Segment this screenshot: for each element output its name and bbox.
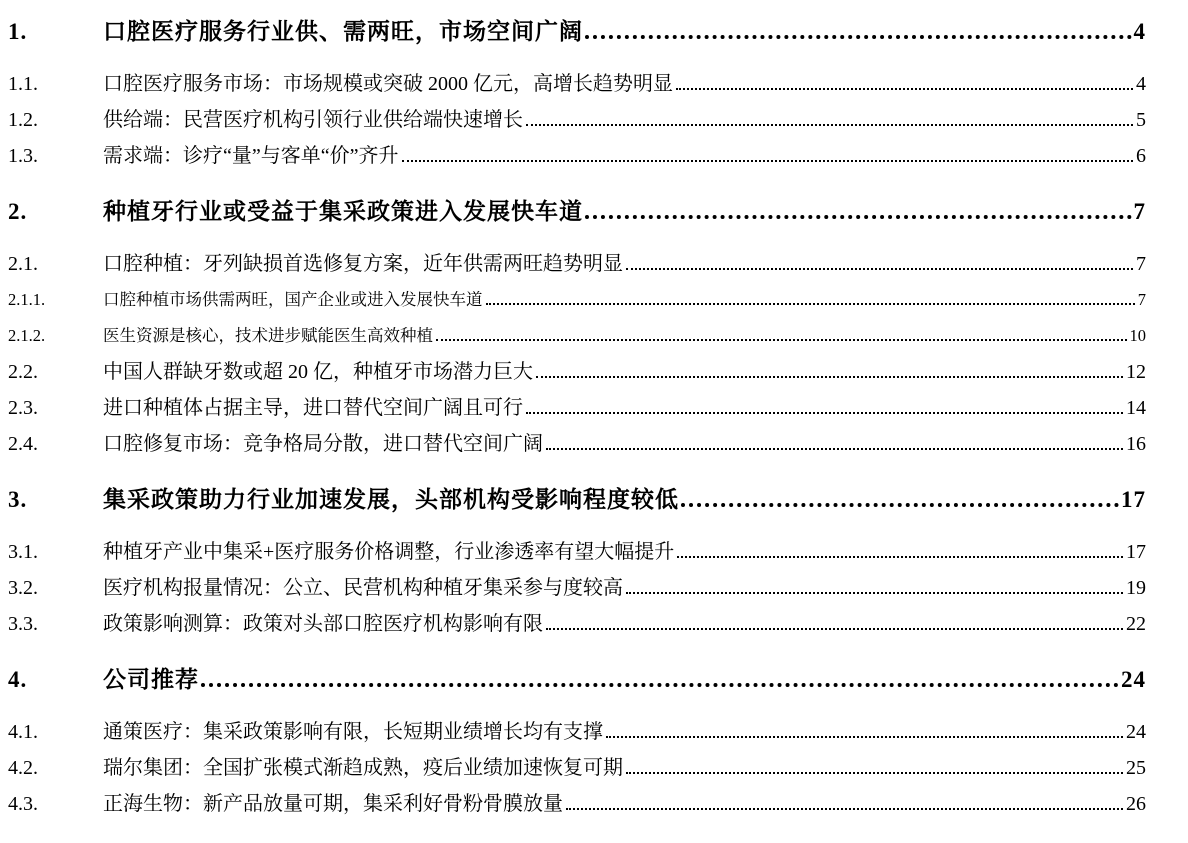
toc-entry-number: 2.1.1.: [8, 282, 103, 318]
toc-entry-number: 4.3.: [8, 786, 103, 822]
toc-entry-title: 医疗机构报量情况：公立、民营机构种植牙集采参与度较高: [103, 570, 623, 606]
toc-entry-number: 2.1.: [8, 246, 103, 282]
toc-entry[interactable]: 2.3. 进口种植体占据主导，进口替代空间广阔且可行 14: [8, 390, 1146, 426]
toc-entry-number: 2.3.: [8, 390, 103, 426]
dot-leader: [436, 339, 1127, 341]
toc-entry[interactable]: 2.1.2. 医生资源是核心，技术进步赋能医生高效种植 10: [8, 318, 1146, 354]
toc-entry-title: 瑞尔集团：全国扩张模式渐趋成熟，疫后业绩加速恢复可期: [103, 750, 623, 786]
toc-entry-page: 17: [1126, 534, 1146, 570]
toc-entry-title: 供给端：民营医疗机构引领行业供给端快速增长: [103, 102, 523, 138]
toc-entry[interactable]: 4. 公司推荐 24: [8, 656, 1146, 704]
toc-entry-number: 1.1.: [8, 66, 103, 102]
toc-entry-title: 口腔种植：牙列缺损首选修复方案，近年供需两旺趋势明显: [103, 246, 623, 282]
dot-leader: [626, 772, 1123, 774]
toc-entry-title: 需求端：诊疗“量”与客单“价”齐升: [103, 138, 399, 174]
toc-entry[interactable]: 1.2. 供给端：民营医疗机构引领行业供给端快速增长 5: [8, 102, 1146, 138]
toc-entry-page: 26: [1126, 786, 1146, 822]
toc-entry-title: 正海生物：新产品放量可期，集采利好骨粉骨膜放量: [103, 786, 563, 822]
dot-leader: [681, 503, 1119, 507]
toc-entry-page: 17: [1121, 476, 1146, 524]
toc-entry-page: 22: [1126, 606, 1146, 642]
toc-entry-number: 3.2.: [8, 570, 103, 606]
toc-entry-number: 1.2.: [8, 102, 103, 138]
toc-entry-title: 口腔修复市场：竞争格局分散，进口替代空间广阔: [103, 426, 543, 462]
toc-entry-number: 2.1.2.: [8, 318, 103, 354]
toc-entry-page: 25: [1126, 750, 1146, 786]
toc-entry-page: 7: [1134, 188, 1147, 236]
dot-leader: [536, 376, 1123, 378]
dot-leader: [526, 412, 1123, 414]
toc-entry-title: 通策医疗：集采政策影响有限，长短期业绩增长均有支撑: [103, 714, 603, 750]
toc-entry[interactable]: 2. 种植牙行业或受益于集采政策进入发展快车道 7: [8, 188, 1146, 236]
toc-entry-page: 6: [1136, 138, 1146, 174]
toc-entry-page: 24: [1126, 714, 1146, 750]
table-of-contents: 1. 口腔医疗服务行业供、需两旺，市场空间广阔 4 1.1. 口腔医疗服务市场：…: [0, 0, 1188, 822]
toc-entry-number: 2.: [8, 188, 103, 236]
toc-entry-title: 种植牙行业或受益于集采政策进入发展快车道: [103, 188, 583, 236]
toc-entry-number: 4.2.: [8, 750, 103, 786]
toc-entry[interactable]: 3. 集采政策助力行业加速发展，头部机构受影响程度较低 17: [8, 476, 1146, 524]
dot-leader: [402, 160, 1133, 162]
toc-entry-page: 10: [1130, 318, 1147, 354]
toc-entry-title: 政策影响测算：政策对头部口腔医疗机构影响有限: [103, 606, 543, 642]
dot-leader: [526, 124, 1133, 126]
toc-entry[interactable]: 4.2. 瑞尔集团：全国扩张模式渐趋成熟，疫后业绩加速恢复可期 25: [8, 750, 1146, 786]
toc-entry-page: 4: [1136, 66, 1146, 102]
toc-entry-page: 19: [1126, 570, 1146, 606]
toc-entry-page: 7: [1136, 246, 1146, 282]
dot-leader: [676, 88, 1133, 90]
dot-leader: [585, 35, 1132, 39]
dot-leader: [546, 448, 1123, 450]
dot-leader: [606, 736, 1123, 738]
dot-leader: [486, 303, 1135, 305]
toc-entry-number: 4.1.: [8, 714, 103, 750]
toc-entry-page: 4: [1134, 8, 1147, 56]
toc-entry[interactable]: 4.1. 通策医疗：集采政策影响有限，长短期业绩增长均有支撑 24: [8, 714, 1146, 750]
dot-leader: [201, 683, 1119, 687]
dot-leader: [566, 808, 1123, 810]
toc-entry-number: 4.: [8, 656, 103, 704]
toc-entry-title: 口腔医疗服务市场：市场规模或突破 2000 亿元，高增长趋势明显: [103, 66, 673, 102]
toc-entry[interactable]: 3.3. 政策影响测算：政策对头部口腔医疗机构影响有限 22: [8, 606, 1146, 642]
toc-entry-title: 集采政策助力行业加速发展，头部机构受影响程度较低: [103, 476, 679, 524]
dot-leader: [546, 628, 1123, 630]
dot-leader: [626, 592, 1123, 594]
toc-entry[interactable]: 2.1. 口腔种植：牙列缺损首选修复方案，近年供需两旺趋势明显 7: [8, 246, 1146, 282]
toc-entry-page: 14: [1126, 390, 1146, 426]
toc-entry-title: 种植牙产业中集采+医疗服务价格调整，行业渗透率有望大幅提升: [103, 534, 674, 570]
toc-entry[interactable]: 4.3. 正海生物：新产品放量可期，集采利好骨粉骨膜放量 26: [8, 786, 1146, 822]
toc-entry-page: 16: [1126, 426, 1146, 462]
toc-entry-number: 3.3.: [8, 606, 103, 642]
toc-entry-title: 公司推荐: [103, 656, 199, 704]
toc-entry-page: 7: [1138, 282, 1146, 318]
toc-entry-title: 进口种植体占据主导，进口替代空间广阔且可行: [103, 390, 523, 426]
toc-entry-number: 2.4.: [8, 426, 103, 462]
toc-entry-number: 1.: [8, 8, 103, 56]
dot-leader: [585, 215, 1132, 219]
toc-entry-number: 3.: [8, 476, 103, 524]
toc-entry-page: 24: [1121, 656, 1146, 704]
toc-entry[interactable]: 2.4. 口腔修复市场：竞争格局分散，进口替代空间广阔 16: [8, 426, 1146, 462]
toc-entry-page: 5: [1136, 102, 1146, 138]
toc-entry-page: 12: [1126, 354, 1146, 390]
toc-entry[interactable]: 3.2. 医疗机构报量情况：公立、民营机构种植牙集采参与度较高 19: [8, 570, 1146, 606]
dot-leader: [626, 268, 1133, 270]
toc-entry-number: 2.2.: [8, 354, 103, 390]
toc-entry-number: 1.3.: [8, 138, 103, 174]
toc-entry[interactable]: 1.1. 口腔医疗服务市场：市场规模或突破 2000 亿元，高增长趋势明显 4: [8, 66, 1146, 102]
toc-entry-number: 3.1.: [8, 534, 103, 570]
dot-leader: [677, 556, 1123, 558]
toc-entry[interactable]: 3.1. 种植牙产业中集采+医疗服务价格调整，行业渗透率有望大幅提升 17: [8, 534, 1146, 570]
toc-entry-title: 医生资源是核心，技术进步赋能医生高效种植: [103, 318, 433, 354]
toc-entry[interactable]: 2.1.1. 口腔种植市场供需两旺，国产企业或进入发展快车道 7: [8, 282, 1146, 318]
toc-entry[interactable]: 2.2. 中国人群缺牙数或超 20 亿，种植牙市场潜力巨大 12: [8, 354, 1146, 390]
toc-entry-title: 口腔医疗服务行业供、需两旺，市场空间广阔: [103, 8, 583, 56]
toc-entry-title: 中国人群缺牙数或超 20 亿，种植牙市场潜力巨大: [103, 354, 533, 390]
toc-entry-title: 口腔种植市场供需两旺，国产企业或进入发展快车道: [103, 282, 483, 318]
toc-entry[interactable]: 1. 口腔医疗服务行业供、需两旺，市场空间广阔 4: [8, 8, 1146, 56]
toc-entry[interactable]: 1.3. 需求端：诊疗“量”与客单“价”齐升 6: [8, 138, 1146, 174]
